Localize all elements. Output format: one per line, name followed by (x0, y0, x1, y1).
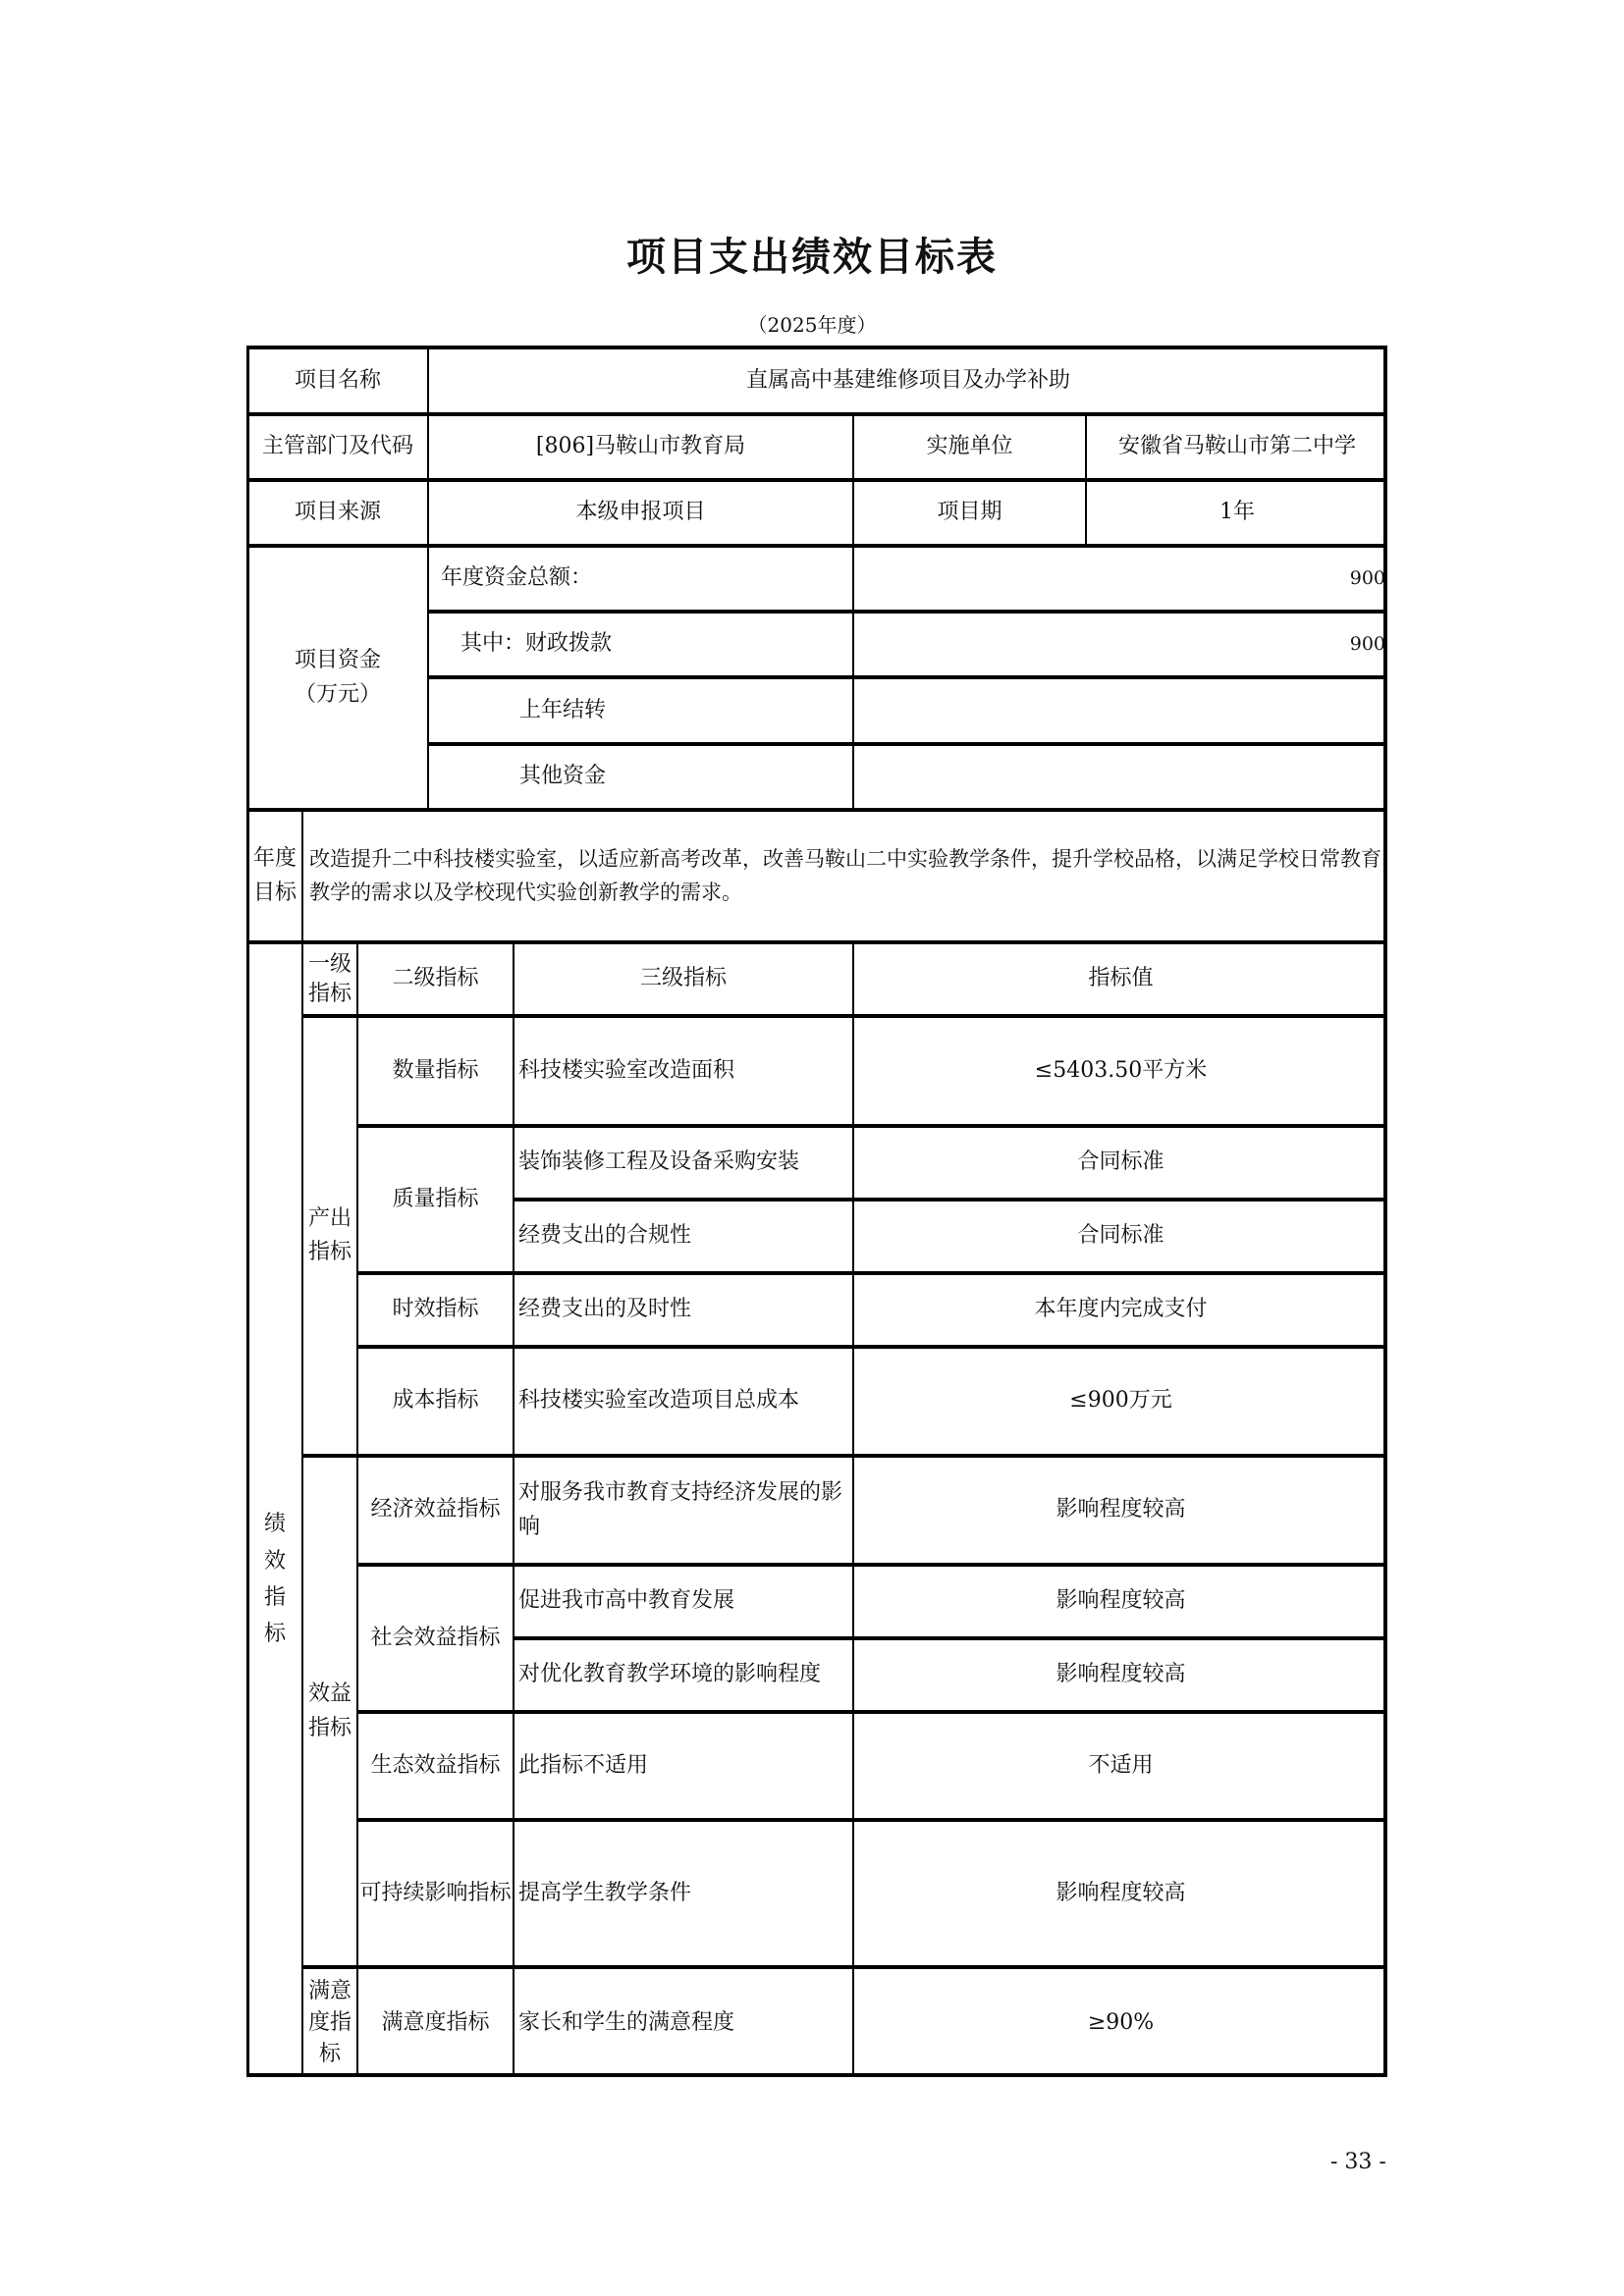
source-label-text: 项目来源 (295, 496, 381, 529)
header-level2-text: 二级指标 (392, 962, 478, 995)
indicator-row-level3-text: 家长和学生的满意程度 (518, 2006, 734, 2040)
indicators-section-label: 绩效指标 (246, 940, 301, 2077)
project-name-label-text: 项目名称 (295, 364, 381, 398)
indicator-row-value: 影响程度较高 (852, 1563, 1387, 1636)
indicator-row-value: 合同标准 (852, 1124, 1387, 1198)
indicator-row-level3-text: 经费支出的及时性 (518, 1293, 691, 1326)
indicator-row-level3-text: 对服务我市教育支持经济发展的影响 (518, 1476, 852, 1543)
indicator-row-level3: 促进我市高中教育发展 (513, 1563, 852, 1636)
indicator-row-level3: 科技楼实验室改造面积 (513, 1014, 852, 1124)
indicators-section-label-text: 绩效指标 (262, 1506, 288, 1653)
indicator-row-value: 影响程度较高 (852, 1636, 1387, 1710)
level1-1-text: 产出指标 (308, 1202, 352, 1269)
funds-row-value: 900 (852, 610, 1387, 675)
funds-row-value: 900 (852, 544, 1387, 610)
header-value-text: 指标值 (1088, 962, 1153, 995)
level2-2: 质量指标 (356, 1124, 513, 1271)
funds-row-value (852, 675, 1387, 742)
indicator-row-level3: 提高学生教学条件 (513, 1818, 852, 1965)
annual-goal-label-text: 年度目标 (253, 846, 297, 904)
dept-value-text: [806]马鞍山市教育局 (536, 430, 745, 463)
impl-unit-value: 安徽省马鞍山市第二中学 (1085, 412, 1387, 478)
page-number: - 33 - (1330, 2150, 1386, 2174)
indicator-row-level3: 对服务我市教育支持经济发展的影响 (513, 1454, 852, 1563)
indicator-row-value-text: 合同标准 (1077, 1219, 1164, 1253)
level1-3-text: 满意度指标 (308, 1976, 352, 2070)
indicator-row-value: 本年度内完成支付 (852, 1271, 1387, 1345)
level2-8-text: 可持续影响指标 (359, 1877, 511, 1910)
level2-7-text: 生态效益指标 (370, 1749, 500, 1783)
indicator-row-value: ≤5403.50平方米 (852, 1014, 1387, 1124)
level2-8: 可持续影响指标 (356, 1818, 513, 1965)
indicator-row-value: 影响程度较高 (852, 1818, 1387, 1965)
header-level3-text: 三级指标 (640, 962, 727, 995)
dept-label-text: 主管部门及代码 (262, 430, 413, 463)
page-title: 项目支出绩效目标表 (0, 226, 1624, 282)
funds-row-label-text: 其他资金 (519, 760, 606, 793)
period-label-text: 项目期 (937, 496, 1001, 529)
header-level1-text: 一级指标 (308, 950, 352, 1008)
indicator-row-level3-text: 提高学生教学条件 (518, 1877, 691, 1910)
level1-1: 产出指标 (301, 1014, 356, 1454)
project-name-label: 项目名称 (246, 346, 427, 412)
indicator-row-value-text: ≥90% (1088, 2006, 1154, 2040)
funds-row-label-text: 上年结转 (519, 694, 606, 727)
dept-label: 主管部门及代码 (246, 412, 427, 478)
indicator-row-value-text: ≤5403.50平方米 (1035, 1054, 1207, 1088)
annual-goal-label-text: 年度目标 (253, 842, 297, 909)
indicator-row-value-text: 影响程度较高 (1056, 1493, 1185, 1526)
indicator-row-value-text: ≤900万元 (1069, 1384, 1171, 1417)
header-level3: 三级指标 (513, 940, 852, 1014)
year-subtitle: （2025年度） (0, 309, 1624, 338)
source-value-text: 本级申报项目 (575, 496, 705, 529)
indicator-row-value: 不适用 (852, 1710, 1387, 1818)
indicator-row-level3-text: 经费支出的合规性 (518, 1219, 691, 1253)
indicator-row-value: ≤900万元 (852, 1345, 1387, 1454)
indicator-row-value-text: 影响程度较高 (1056, 1658, 1185, 1691)
level1-2: 效益指标 (301, 1454, 356, 1965)
project-name-value: 直属高中基建维修项目及办学补助 (427, 346, 1387, 412)
level2-5: 经济效益指标 (356, 1454, 513, 1563)
dept-value: [806]马鞍山市教育局 (427, 412, 852, 478)
impl-unit-value-text: 安徽省马鞍山市第二中学 (1118, 430, 1356, 463)
funds-label: 项目资金（万元） (246, 544, 427, 808)
indicator-row-level3: 经费支出的及时性 (513, 1271, 852, 1345)
indicator-row-level3: 经费支出的合规性 (513, 1198, 852, 1271)
level2-7: 生态效益指标 (356, 1710, 513, 1818)
indicator-row-value-text: 合同标准 (1077, 1146, 1164, 1179)
indicator-row-value-text: 影响程度较高 (1056, 1584, 1185, 1618)
header-value: 指标值 (852, 940, 1387, 1014)
level2-6-text: 社会效益指标 (370, 1622, 500, 1655)
period-value-text: 1年 (1219, 496, 1255, 529)
period-value: 1年 (1085, 478, 1387, 544)
funds-label-line2: （万元） (295, 682, 381, 707)
indicator-row-value: ≥90% (852, 1965, 1387, 2077)
indicator-row-level3-text: 科技楼实验室改造项目总成本 (518, 1384, 799, 1417)
level2-5-text: 经济效益指标 (370, 1493, 500, 1526)
level2-9: 满意度指标 (356, 1965, 513, 2077)
indicator-row-level3: 对优化教育教学环境的影响程度 (513, 1636, 852, 1710)
annual-goal-text-text: 改造提升二中科技楼实验室，以适应新高考改革，改善马鞍山二中实验教学条件，提升学校… (307, 843, 1387, 909)
annual-goal-text: 改造提升二中科技楼实验室，以适应新高考改革，改善马鞍山二中实验教学条件，提升学校… (301, 808, 1387, 940)
impl-unit-label-text: 实施单位 (926, 430, 1012, 463)
level2-2-text: 质量指标 (392, 1183, 478, 1216)
funds-row-label-text: 其中：财政拨款 (460, 627, 612, 661)
level1-3: 满意度指标 (301, 1965, 356, 2077)
source-value: 本级申报项目 (427, 478, 852, 544)
header-level2: 二级指标 (356, 940, 513, 1014)
period-label: 项目期 (852, 478, 1085, 544)
indicator-row-level3-text: 装饰装修工程及设备采购安装 (518, 1146, 799, 1179)
indicator-row-level3-text: 此指标不适用 (518, 1749, 648, 1783)
indicator-row-value: 合同标准 (852, 1198, 1387, 1271)
indicator-row-level3: 装饰装修工程及设备采购安装 (513, 1124, 852, 1198)
project-name-value-text: 直属高中基建维修项目及办学补助 (746, 364, 1070, 398)
indicator-row-value: 影响程度较高 (852, 1454, 1387, 1563)
indicator-row-level3-text: 对优化教育教学环境的影响程度 (518, 1658, 821, 1691)
indicator-row-level3: 科技楼实验室改造项目总成本 (513, 1345, 852, 1454)
funds-row-label: 年度资金总额： (427, 544, 852, 610)
funds-row-label-text: 年度资金总额： (441, 561, 592, 595)
source-label: 项目来源 (246, 478, 427, 544)
indicator-row-level3: 家长和学生的满意程度 (513, 1965, 852, 2077)
annual-goal-label: 年度目标 (246, 808, 301, 940)
level2-3: 时效指标 (356, 1271, 513, 1345)
level2-4: 成本指标 (356, 1345, 513, 1454)
funds-row-label: 其中：财政拨款 (427, 610, 852, 675)
indicator-row-value-text: 影响程度较高 (1056, 1877, 1185, 1910)
indicator-row-level3-text: 促进我市高中教育发展 (518, 1584, 734, 1618)
funds-row-value (852, 742, 1387, 808)
level1-2-text: 效益指标 (308, 1678, 352, 1744)
funds-label-text: 项目资金（万元） (295, 644, 381, 711)
level2-1: 数量指标 (356, 1014, 513, 1124)
header-level1: 一级指标 (301, 940, 356, 1014)
funds-label-line1: 项目资金 (295, 648, 381, 672)
level2-1-text: 数量指标 (392, 1054, 478, 1088)
funds-row-value-text: 900 (1350, 630, 1385, 659)
funds-row-label: 上年结转 (427, 675, 852, 742)
level2-4-text: 成本指标 (392, 1384, 478, 1417)
indicator-row-value-text: 本年度内完成支付 (1034, 1293, 1207, 1326)
indicator-row-level3: 此指标不适用 (513, 1710, 852, 1818)
level2-6: 社会效益指标 (356, 1563, 513, 1710)
funds-row-value-text: 900 (1350, 564, 1385, 593)
level2-9-text: 满意度指标 (381, 2006, 489, 2040)
funds-row-label: 其他资金 (427, 742, 852, 808)
indicator-row-level3-text: 科技楼实验室改造面积 (518, 1054, 734, 1088)
indicator-row-value-text: 不适用 (1088, 1749, 1153, 1783)
level2-3-text: 时效指标 (392, 1293, 478, 1326)
impl-unit-label: 实施单位 (852, 412, 1085, 478)
